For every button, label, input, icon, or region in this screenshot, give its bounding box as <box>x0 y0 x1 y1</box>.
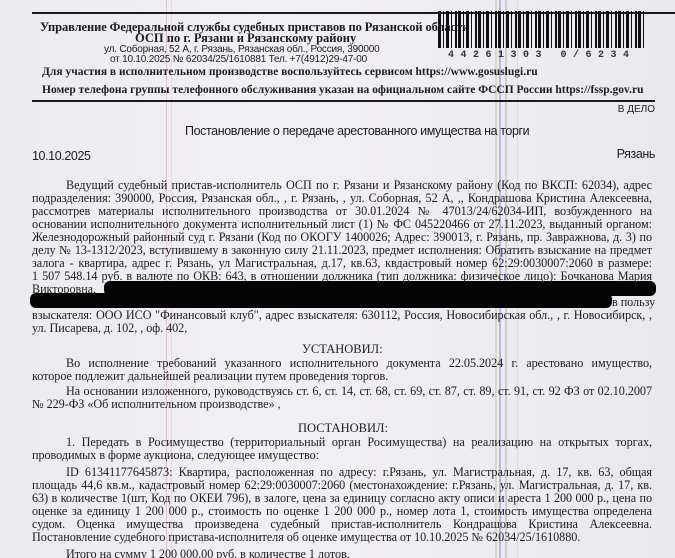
gosuslugi-notice: Для участия в исполнительном производств… <box>42 66 538 78</box>
text-line: проводимых в форме аукциона, следующее и… <box>32 449 652 462</box>
document-date: 10.10.2025 <box>32 149 91 163</box>
text-line: которое подлежит дальнейшей реализации п… <box>32 370 652 383</box>
header-reference: от 10.10.2025 № 62034/25/1610881 Тел. +7… <box>110 54 367 65</box>
redaction-block <box>30 293 612 308</box>
text-line: № 229-ФЗ «Об исполнительном производстве… <box>32 398 652 411</box>
header-bottom-rule <box>32 100 324 102</box>
scanned-document-page: Управление Федеральной службы судебных п… <box>0 0 675 558</box>
text-line: ул. Писарева, д. 102, , оф. 402, <box>32 322 652 335</box>
text-line: Постановление судебного пристава-исполни… <box>32 531 652 544</box>
document-title: Постановление о передаче арестованного и… <box>185 124 529 138</box>
section-heading-established: УСТАНОВИЛ: <box>302 342 383 357</box>
section-heading-decided: ПОСТАНОВИЛ: <box>298 421 388 436</box>
phone-notice: Номер телефона группы телефонного обслуж… <box>42 84 644 96</box>
barcode-number: 44261303 0/6234 <box>448 50 636 61</box>
document-city: Рязань <box>617 147 655 161</box>
text-line: Итого на сумму 1 200 000,00 руб. в колич… <box>66 548 652 558</box>
header-bottom-rule <box>324 100 655 102</box>
barcode-icon <box>438 11 646 48</box>
stamp-v-delo: В ДЕЛО <box>618 104 655 115</box>
